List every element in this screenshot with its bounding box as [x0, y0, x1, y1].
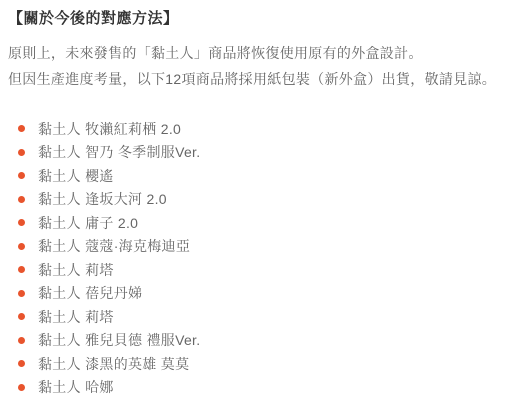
list-item: 黏土人 蓓兒丹娣 [8, 282, 513, 306]
list-item: 黏土人 逢坂大河 2.0 [8, 188, 513, 212]
bullet-icon [18, 219, 25, 226]
list-item: 黏土人 莉塔 [8, 305, 513, 329]
list-item-label: 黏土人 哈娜 [38, 377, 114, 397]
list-item-label: 黏土人 雅兒貝德 禮服Ver. [38, 330, 200, 350]
announcement-section: 【關於今後的對應方法】 原則上，未來發售的「黏土人」商品將恢復使用原有的外盒設計… [0, 0, 525, 400]
list-item: 黏土人 蔻蔻·海克梅迪亞 [8, 235, 513, 259]
bullet-icon [18, 337, 25, 344]
bullet-icon [18, 196, 25, 203]
list-item: 黏土人 庸子 2.0 [8, 211, 513, 235]
bullet-icon [18, 290, 25, 297]
list-item: 黏土人 櫻遙 [8, 164, 513, 188]
bullet-icon [18, 125, 25, 132]
list-item: 黏土人 哈娜 [8, 376, 513, 400]
list-item-label: 黏土人 牧瀨紅莉栖 2.0 [38, 119, 181, 139]
bullet-icon [18, 360, 25, 367]
list-item-label: 黏土人 莉塔 [38, 307, 114, 327]
paragraph-policy: 原則上，未來發售的「黏土人」商品將恢復使用原有的外盒設計。 [8, 40, 513, 66]
list-item-label: 黏土人 庸子 2.0 [38, 213, 138, 233]
list-item-label: 黏土人 櫻遙 [38, 166, 114, 186]
bullet-icon [18, 149, 25, 156]
paragraph-exception: 但因生產進度考量，以下12項商品將採用紙包裝（新外盒）出貨，敬請見諒。 [8, 66, 513, 92]
list-item-label: 黏土人 莉塔 [38, 260, 114, 280]
list-item-label: 黏土人 蓓兒丹娣 [38, 283, 142, 303]
list-item: 黏土人 智乃 冬季制服Ver. [8, 141, 513, 165]
list-item: 黏土人 牧瀨紅莉栖 2.0 [8, 117, 513, 141]
bullet-icon [18, 313, 25, 320]
bullet-icon [18, 266, 25, 273]
section-title: 【關於今後的對應方法】 [8, 10, 513, 28]
list-item-label: 黏土人 智乃 冬季制服Ver. [38, 142, 200, 162]
list-item-label: 黏土人 逢坂大河 2.0 [38, 189, 167, 209]
bullet-icon [18, 172, 25, 179]
product-list: 黏土人 牧瀨紅莉栖 2.0 黏土人 智乃 冬季制服Ver. 黏土人 櫻遙 黏土人… [8, 117, 513, 399]
list-item: 黏土人 雅兒貝德 禮服Ver. [8, 329, 513, 353]
list-item: 黏土人 莉塔 [8, 258, 513, 282]
list-item-label: 黏土人 漆黑的英雄 莫莫 [38, 354, 189, 374]
list-item: 黏土人 漆黑的英雄 莫莫 [8, 352, 513, 376]
list-item-label: 黏土人 蔻蔻·海克梅迪亞 [38, 236, 190, 256]
bullet-icon [18, 243, 25, 250]
bullet-icon [18, 384, 25, 391]
